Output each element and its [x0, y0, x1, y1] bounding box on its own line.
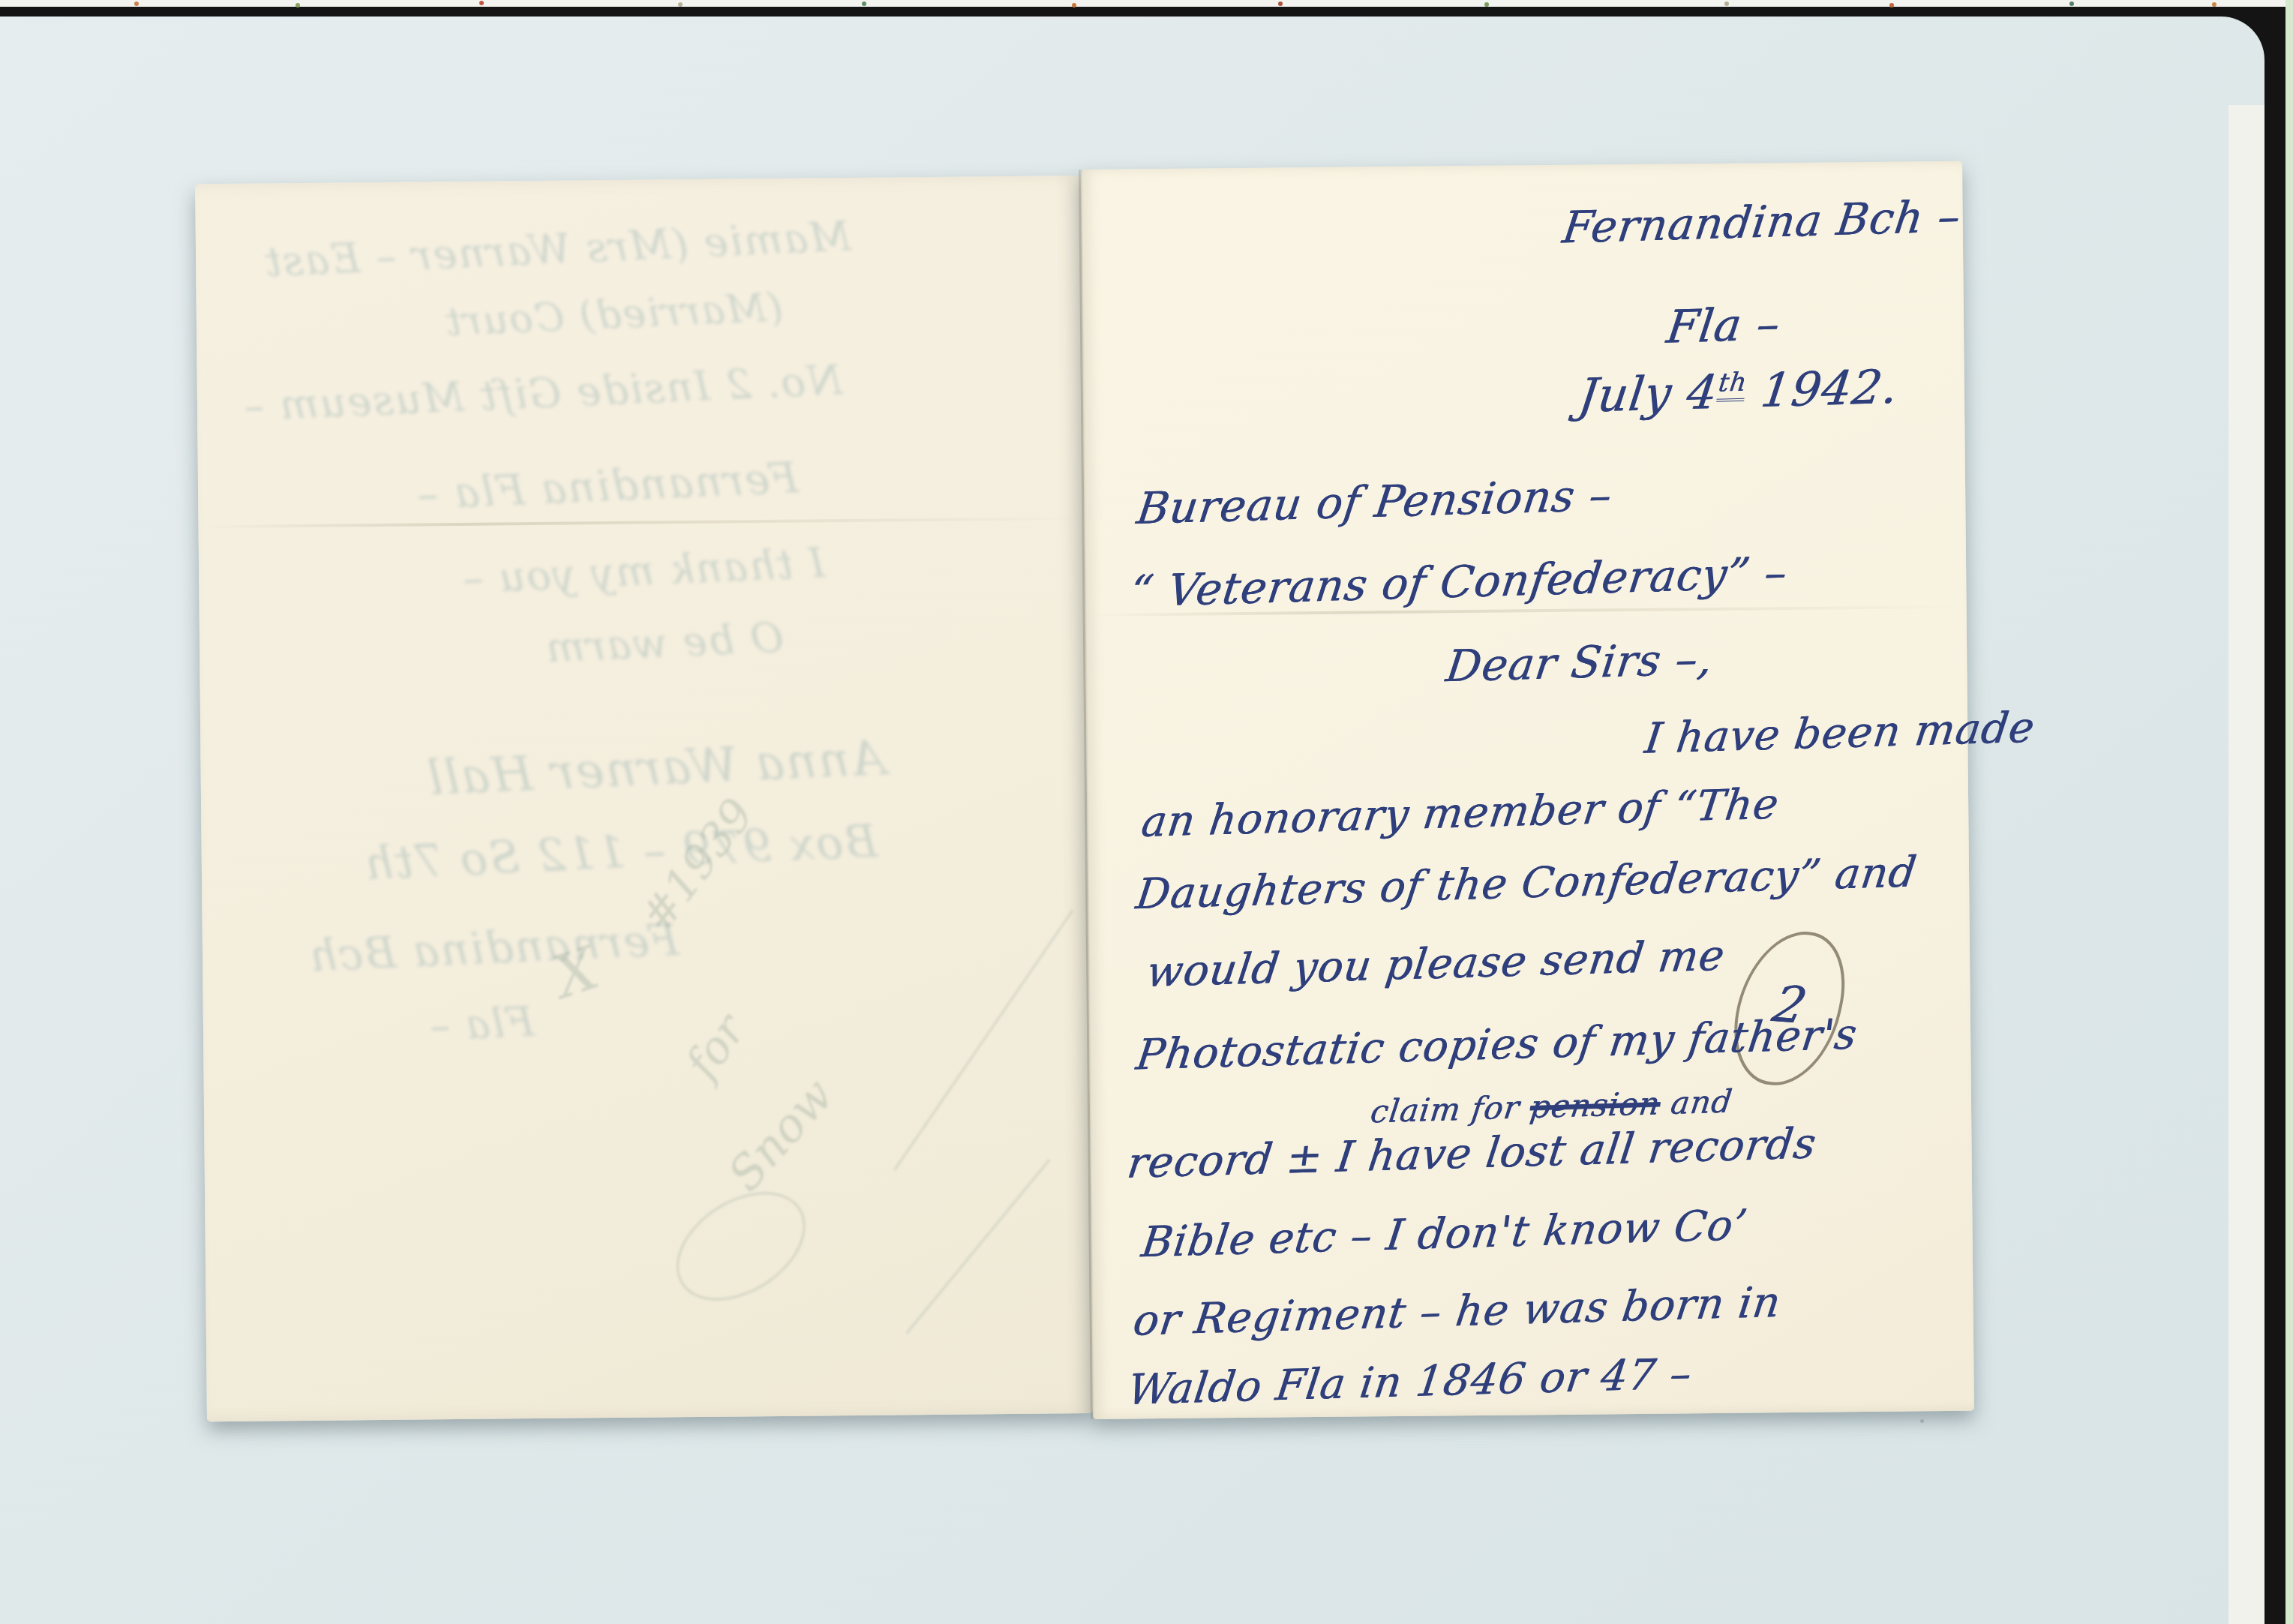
letter-line: Bible etc – I don't know Co’	[1139, 1201, 1751, 1268]
pencil-mark: for	[676, 1005, 756, 1088]
bleedthrough-line: I thank my you –	[461, 539, 826, 603]
insertion-before: claim for	[1368, 1088, 1532, 1130]
bleedthrough-line: Fernandina Fla –	[415, 454, 800, 520]
bleedthrough-line: Anna Warner Hall	[425, 731, 887, 806]
pencil-circle-annotation: 2	[1720, 928, 1859, 1089]
salutation-line: Dear Sirs –,	[1443, 633, 1716, 692]
scan-noise-strip	[0, 0, 2285, 7]
heading-date-line: July 4th 1942.	[1575, 359, 1901, 424]
pencil-oval-scribble	[657, 1169, 825, 1322]
recipient-line: “ Veterans of Confederacy” –	[1127, 547, 1790, 617]
pencil-mark: Snow	[717, 1067, 844, 1201]
letter-line-text: would you please send me	[1144, 932, 1727, 997]
fold-crease	[199, 517, 1085, 528]
pencil-stroke	[893, 910, 1073, 1171]
letter-page-one: Fernandina Bch – Fla – July 4th 1942. Bu…	[1081, 161, 1974, 1419]
letter-line: I have been made	[1642, 704, 2038, 764]
letter-line: an honorary member of “The	[1139, 779, 1782, 847]
bleedthrough-line: Fla –	[428, 998, 536, 1050]
dust-speck	[1920, 1419, 1924, 1423]
recipient-line: Bureau of Pensions –	[1134, 470, 1616, 535]
bleedthrough-line: O be warm	[544, 614, 785, 671]
scanner-edge-strip	[2285, 0, 2293, 1624]
page-edge-strip	[2228, 105, 2264, 1624]
letter-line: Daughters of the Confederacy” and	[1133, 848, 1919, 919]
date-year: 1942.	[1742, 359, 1902, 419]
scanned-letter-page: Mamie (Mrs Warner – East (Married) Court…	[0, 0, 2293, 1624]
letter-line: record ± I have lost all records	[1124, 1119, 1819, 1188]
scan-noise-speckles	[0, 2, 3, 5]
letter-page-blank-verso: Mamie (Mrs Warner – East (Married) Court…	[195, 176, 1093, 1421]
bleedthrough-line: (Married) Court	[443, 285, 784, 345]
insertion-after: and	[1658, 1082, 1735, 1121]
date-prefix: July 4	[1575, 365, 1721, 424]
bleedthrough-line: Box 979 – 112 So 7th	[362, 815, 879, 890]
letter-line: Waldo Fla in 1846 or 47 –	[1125, 1349, 1695, 1415]
letter-sheet: Mamie (Mrs Warner – East (Married) Court…	[195, 161, 1974, 1428]
letter-line: or Regiment – he was born in	[1130, 1278, 1784, 1346]
pencil-stroke	[905, 1159, 1050, 1334]
letter-ink-layer: Fernandina Bch – Fla – July 4th 1942. Bu…	[1081, 144, 1997, 1418]
heading-place-line: Fla –	[1664, 298, 1784, 354]
bleedthrough-line: No. 2 Inside Gift Museum –	[242, 356, 844, 431]
bleedthrough-line: Mamie (Mrs Warner – East	[263, 212, 852, 286]
struck-out-word: pension	[1528, 1085, 1662, 1125]
heading-place-line: Fernandina Bch –	[1559, 191, 1964, 254]
bleedthrough-line: Fernandina Bch	[307, 914, 680, 982]
